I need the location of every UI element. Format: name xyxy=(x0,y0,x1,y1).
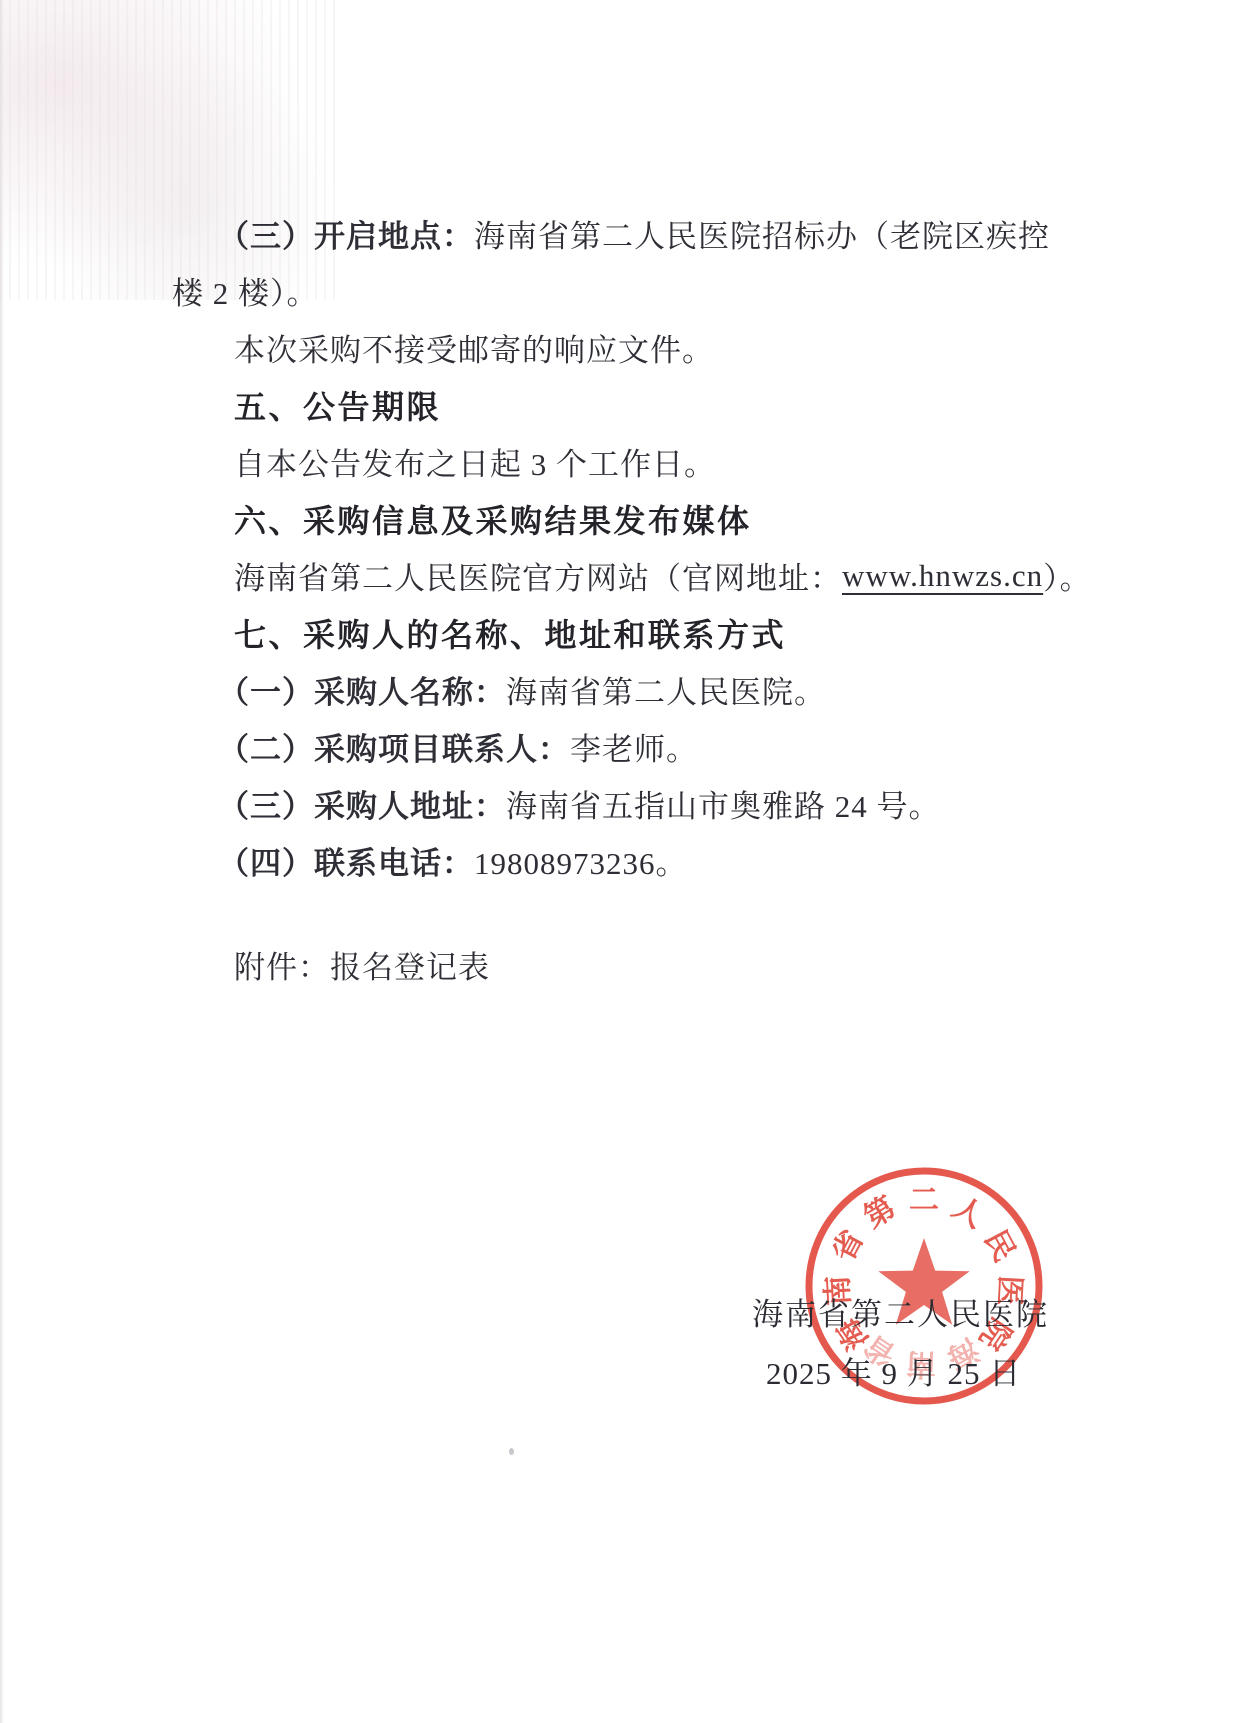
text-segment: 楼 2 楼）。 xyxy=(172,268,319,313)
seal-text-char: 省 xyxy=(827,1225,870,1267)
document-line: （三）采购人地址：海南省五指山市奥雅路 24 号。 xyxy=(172,775,1117,832)
seal-text-char: 民 xyxy=(978,1225,1021,1267)
url-text: www.hnwzs.cn xyxy=(842,558,1043,594)
document-line: 本次采购不接受邮寄的响应文件。 xyxy=(172,319,1117,376)
document-line: （四）联系电话：19808973236。 xyxy=(172,832,1117,889)
heading-text: 六、采购信息及采购结果发布媒体 xyxy=(234,496,752,542)
heading-text: 七、采购人的名称、地址和联系方式 xyxy=(234,610,786,656)
document-line: 六、采购信息及采购结果发布媒体 xyxy=(172,490,1117,547)
document-line: 海南省第二人民医院官方网站（官网地址：www.hnwzs.cn）。 xyxy=(172,547,1117,604)
signature-date: 2025 年 9 月 25 日 xyxy=(766,1348,1021,1393)
seal-text-char: 二 xyxy=(909,1184,939,1217)
text-segment: （二）采购项目联系人： xyxy=(218,724,570,769)
document-line: 自本公告发布之日起 3 个工作日。 xyxy=(172,433,1117,490)
document-line: 五、公告期限 xyxy=(172,376,1117,433)
text-segment: 海南省第二人民医院官方网站（官网地址： xyxy=(234,553,842,598)
text-segment: （三）采购人地址： xyxy=(218,781,506,826)
seal-text-char: 人 xyxy=(947,1191,990,1235)
signature-org: 海南省第二人民医院 xyxy=(752,1289,1049,1334)
text-segment: 海南省五指山市奥雅路 24 号。 xyxy=(506,781,941,826)
text-segment: 自本公告发布之日起 3 个工作日。 xyxy=(234,439,716,484)
text-segment: ）。 xyxy=(1043,553,1092,598)
text-segment: （一）采购人名称： xyxy=(218,667,506,712)
seal-text-char: 第 xyxy=(858,1190,901,1235)
document-line: 楼 2 楼）。 xyxy=(172,262,1117,319)
text-segment: 海南省第二人民医院招标办（老院区疾控 xyxy=(474,211,1050,256)
scan-edge-left xyxy=(0,0,4,1723)
document-line: （一）采购人名称：海南省第二人民医院。 xyxy=(172,661,1117,718)
text-segment: 海南省第二人民医院。 xyxy=(506,667,826,712)
scanned-document-page: { "page": { "background": "#ffffff", "in… xyxy=(0,0,1241,1723)
text-segment: 本次采购不接受邮寄的响应文件。 xyxy=(234,325,714,370)
text-segment: 附件：报名登记表 xyxy=(234,942,490,987)
text-segment: （三）开启地点： xyxy=(218,211,474,256)
scan-speck xyxy=(509,1448,514,1455)
document-body: （三）开启地点：海南省第二人民医院招标办（老院区疾控楼 2 楼）。本次采购不接受… xyxy=(172,205,1117,993)
heading-text: 五、公告期限 xyxy=(234,382,441,428)
document-line: 七、采购人的名称、地址和联系方式 xyxy=(172,604,1117,661)
text-segment: 19808973236。 xyxy=(474,838,688,883)
text-segment: 李老师。 xyxy=(570,724,698,769)
document-line: （二）采购项目联系人：李老师。 xyxy=(172,718,1117,775)
document-line: 附件：报名登记表 xyxy=(172,936,1117,993)
line-spacer xyxy=(172,889,1117,936)
text-segment: （四）联系电话： xyxy=(218,838,474,883)
document-line: （三）开启地点：海南省第二人民医院招标办（老院区疾控 xyxy=(172,205,1117,262)
